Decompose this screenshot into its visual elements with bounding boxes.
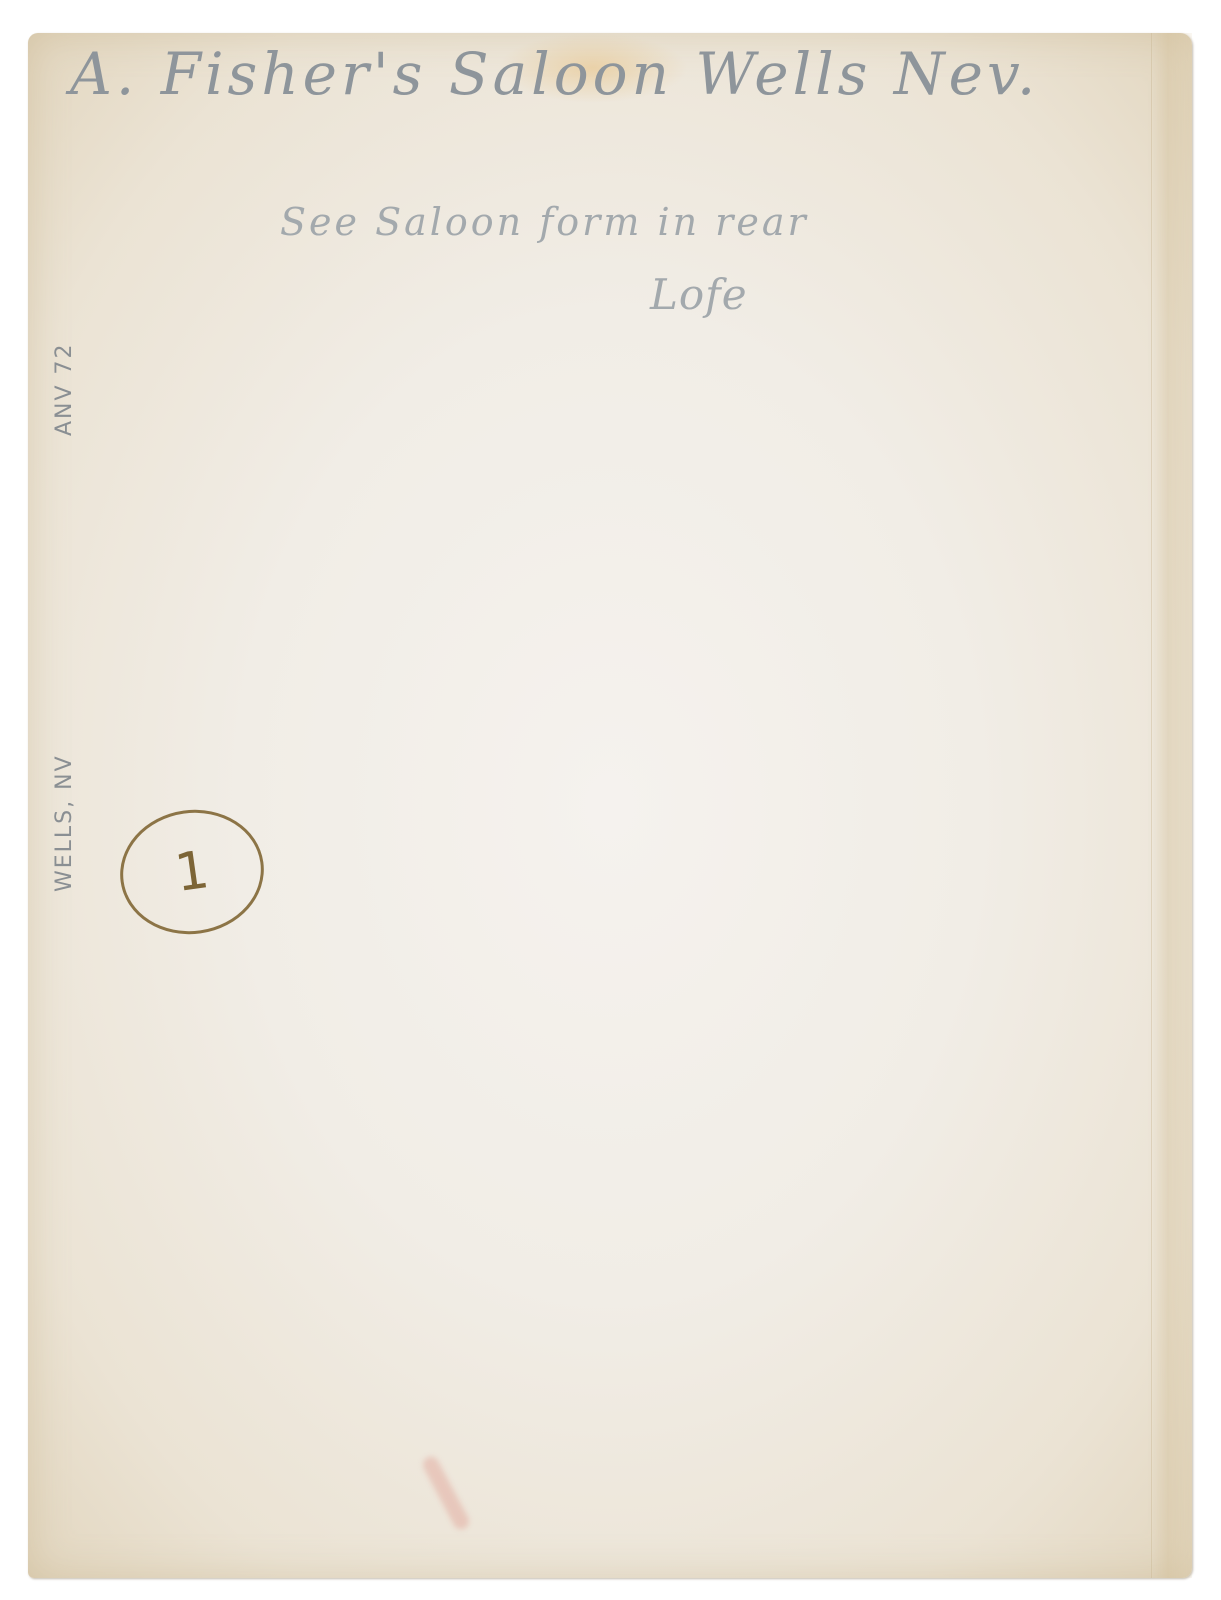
circled-number-value: 1 [171,840,212,904]
handwritten-initials: Lofe [650,270,748,319]
fold-crease [1151,33,1192,1578]
red-smudge [420,1454,472,1532]
handwritten-note: See Saloon form in rear [280,200,809,244]
place-label: WELLS, NV [52,754,77,892]
catalog-code-label: ANV 72 [52,342,77,436]
handwritten-title: A. Fisher's Saloon Wells Nev. [70,40,1039,108]
photo-card-back [28,33,1192,1578]
